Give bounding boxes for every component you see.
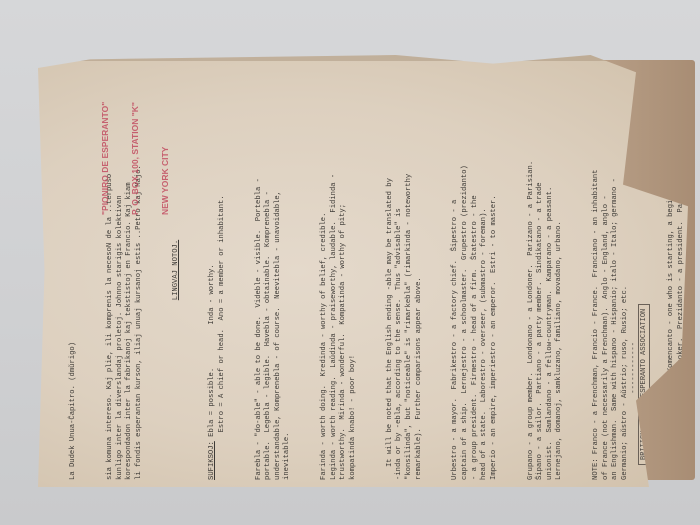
paragraph: Urbestro - a mayor. Fabrikestro - a fact…: [451, 60, 499, 480]
ink-stamp: "PIONIRO DE ESPERANTO" P. O. BOX 100, ST…: [80, 102, 190, 215]
paragraph: It will be noted that the English ending…: [386, 60, 424, 480]
paragraph: Farebla - "do-able" - able to be done. V…: [255, 60, 293, 480]
stamp-line: P. O. BOX 100, STATION "K": [130, 102, 140, 215]
stamp-line: NEW YORK CITY: [160, 102, 170, 215]
document-page: La Dudek Unua-Ĉapitro. (dmŭrigo) sia kom…: [38, 55, 688, 487]
stamp-line: "PIONIRO DE ESPERANTO": [100, 102, 110, 215]
paragraph: Farinda - worth doing. Kredinda - worthy…: [320, 60, 358, 480]
chapter-title: La Dudek Unua-Ĉapitro. (dmŭrigo): [69, 60, 79, 480]
suffixes-definitions: Ebla = possible. Inda - worthy. Estro = …: [208, 195, 226, 480]
paragraph: Grupano - a group member. Londonano - a …: [527, 60, 565, 480]
suffixes-label: SUFIKSOJ:: [208, 441, 216, 480]
